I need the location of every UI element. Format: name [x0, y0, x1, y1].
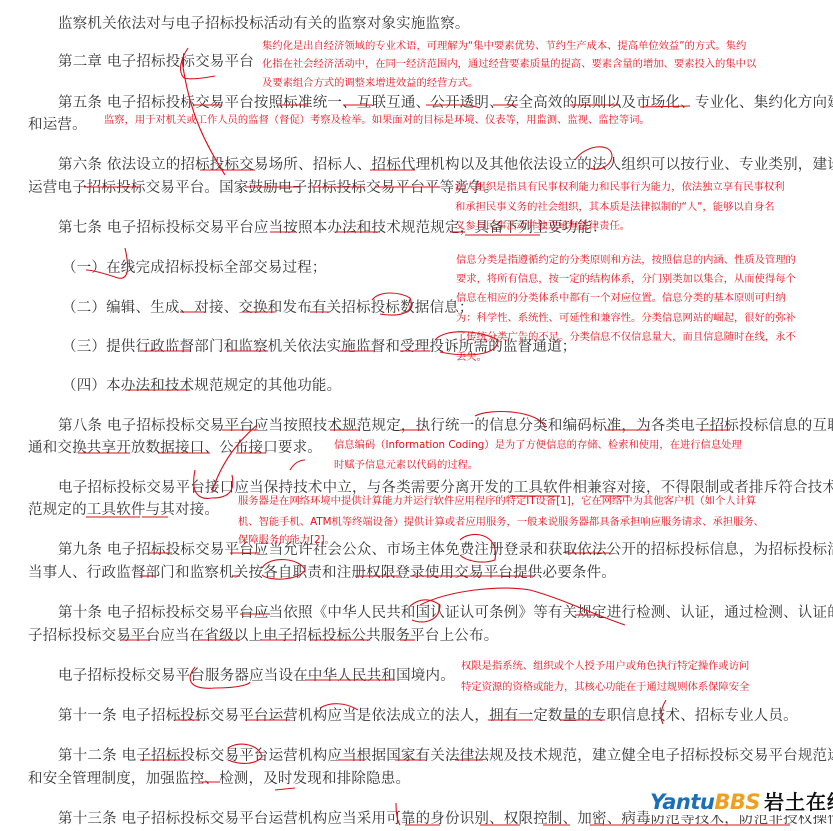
annotation-intensive: 集约化是出自经济领域的专业术语，可理解为“集中要素优势、节约生产成本、提高单位效… — [262, 39, 746, 53]
article-5: 第五条 电子招标投标交易平台按照标准统一、互联互通、公开透明、安全高效的原则以及… — [58, 93, 833, 113]
list-item: （二）编辑、生成、对接、交换和发布有关招标投标数据信息； — [62, 298, 474, 318]
annotation-classification: 要求，将所有信息，按一定的结构体系，分门别类加以集合，从而使得每个 — [456, 272, 796, 286]
annotation-server: 服务器是在网络环境中提供计算能力并运行软件应用程序的特定IT设备[1]，它在网络… — [238, 494, 756, 508]
annotation-classification: 了传统分类广告的不足。分类信息不仅信息量大，而且信息随时在线，永不 — [456, 330, 796, 344]
list-item: （四）本办法和技术规范规定的其他功能。 — [62, 376, 341, 396]
annotation-permission: 权限是指系统、组织或个人授予用户或角色执行特定操作或访问 — [461, 659, 749, 673]
text-line: 当事人、行政监督部门和监察机关按各自职责和注册权限登录使用交易平台提供必要条件。 — [28, 563, 616, 583]
annotation-supervision: 监察，用于对机关或工作人员的监督（督促）考察及检举。如果面对的目标是环境、仪表等… — [104, 113, 650, 127]
annotation-intensive: 及要素组合方式的调整来增进效益的经营方式。 — [262, 76, 478, 90]
text-line: 监察机关依法对与电子招标投标活动有关的监察对象实施监察。 — [58, 14, 470, 34]
article-11: 第十一条 电子招标投标交易平台运营机构应当是依法成立的法人，拥有一定数量的专职信… — [58, 706, 798, 726]
annotation-coding: 信息编码（Information Coding）是为了方便信息的存储、检索和使用… — [334, 438, 742, 452]
annotation-classification: 信息分类是指遵循约定的分类原则和方法，按照信息的内涵、性质及管理的 — [456, 253, 796, 267]
yantubbs-watermark-logo: YantuBBS岩土在线 — [648, 786, 833, 815]
annotation-server: 保障服务的能力[2]。 — [238, 533, 335, 547]
article-8: 第八条 电子招标投标交易平台应当按照技术规范规定，执行统一的信息分类和编码标准，… — [58, 416, 833, 436]
text-line: 电子招标投标交易平台服务器应当设在中华人民共和国境内。 — [58, 666, 455, 686]
watermark-part-yantu: Yantu — [650, 790, 714, 814]
watermark-part-bbs: BBS — [714, 790, 760, 814]
watermark-part-cn: 岩土在线 — [764, 790, 833, 814]
annotation-legal-person: 义参与民事活动并独立承担法律责任。 — [455, 219, 630, 233]
annotation-intensive: 化指在社会经济活动中，在同一经济范围内，通过经营要素质量的提高、要素含量的增加、… — [262, 57, 756, 71]
annotation-server: 机、智能手机、ATM机等终端设备）提供计算或者应用服务，一般来说服务器都具备承担… — [238, 515, 764, 529]
document-page: 监察机关依法对与电子招标投标活动有关的监察对象实施监察。 第二章 电子招标投标交… — [0, 0, 833, 831]
article-6: 第六条 依法设立的招标投标交易场所、招标人、招标代理机构以及其他依法设立的法人组… — [58, 155, 833, 175]
text-line: 和运营。 — [28, 115, 87, 135]
chapter-heading: 第二章 电子招标投标交易平台 — [58, 52, 254, 72]
annotation-classification: 信息在相应的分类体系中都有一个对应位置。信息分类的基本原则可归纳 — [456, 291, 786, 305]
text-line: 和安全管理制度，加强监控、检测，及时发现和排除隐患。 — [28, 769, 410, 789]
annotation-legal-person: 和承担民事义务的社会组织，其本质是法律拟制的“人”，能够以自身名 — [455, 200, 775, 214]
annotation-classification: 丢失。 — [456, 350, 487, 364]
list-item: （一）在线完成招标投标全部交易过程； — [62, 258, 327, 278]
annotation-legal-person: 法人组织是指具有民事权利能力和民事行为能力，依法独立享有民事权利 — [455, 180, 785, 194]
annotation-classification: 为：科学性、系统性、可延性和兼容性。分类信息网站的崛起，很好的弥补 — [456, 311, 796, 325]
text-line: 子招标投标交易平台应当在省级以上电子招标投标公共服务平台上公布。 — [28, 626, 498, 646]
article-12: 第十二条 电子招标投标交易平台运营机构应当根据国家有关法律法规及技术规范，建立健… — [58, 746, 833, 766]
annotation-permission: 特定资源的资格或能力，其核心功能在于通过规则体系保障安全 — [461, 680, 749, 694]
text-line: 通和交换共享开放数据接口、公布接口要求。 — [28, 438, 322, 458]
article-9: 第九条 电子招标投标交易平台应当允许社会公众、市场主体免费注册登录和获取依法公开… — [58, 540, 833, 560]
text-line: 范规定的工具软件与其对接。 — [28, 500, 219, 520]
article-10: 第十条 电子招标投标交易平台应当依照《中华人民共和国认证认可条例》等有关规定进行… — [58, 603, 833, 623]
annotation-coding: 时赋予信息元素以代码的过程。 — [334, 458, 478, 472]
text-line: 运营电子招标投标交易平台。国家鼓励电子招标投标交易平台平等竞争。 — [28, 178, 498, 198]
